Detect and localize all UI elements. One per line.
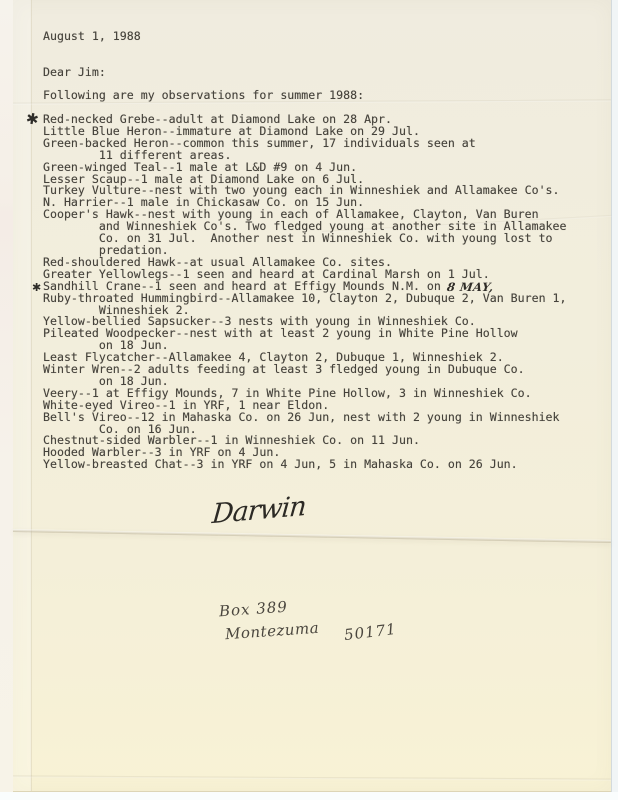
scanned-letter: August 1, 1988 Dear Jim: Following are m… bbox=[0, 0, 618, 800]
handwritten-asterisk-sandhill-crane: ✱ bbox=[32, 281, 41, 294]
scan-backing-left-edge bbox=[0, 0, 13, 793]
handwritten-date-annotation: 8 MAY, bbox=[446, 280, 495, 294]
letter-salutation: Dear Jim: bbox=[43, 67, 106, 79]
letter-date: August 1, 1988 bbox=[43, 31, 141, 43]
scan-backing-right-edge bbox=[611, 0, 618, 800]
scan-backing-bottom-edge bbox=[0, 792, 618, 800]
letter-intro-line: Following are my observations for summer… bbox=[43, 90, 364, 102]
